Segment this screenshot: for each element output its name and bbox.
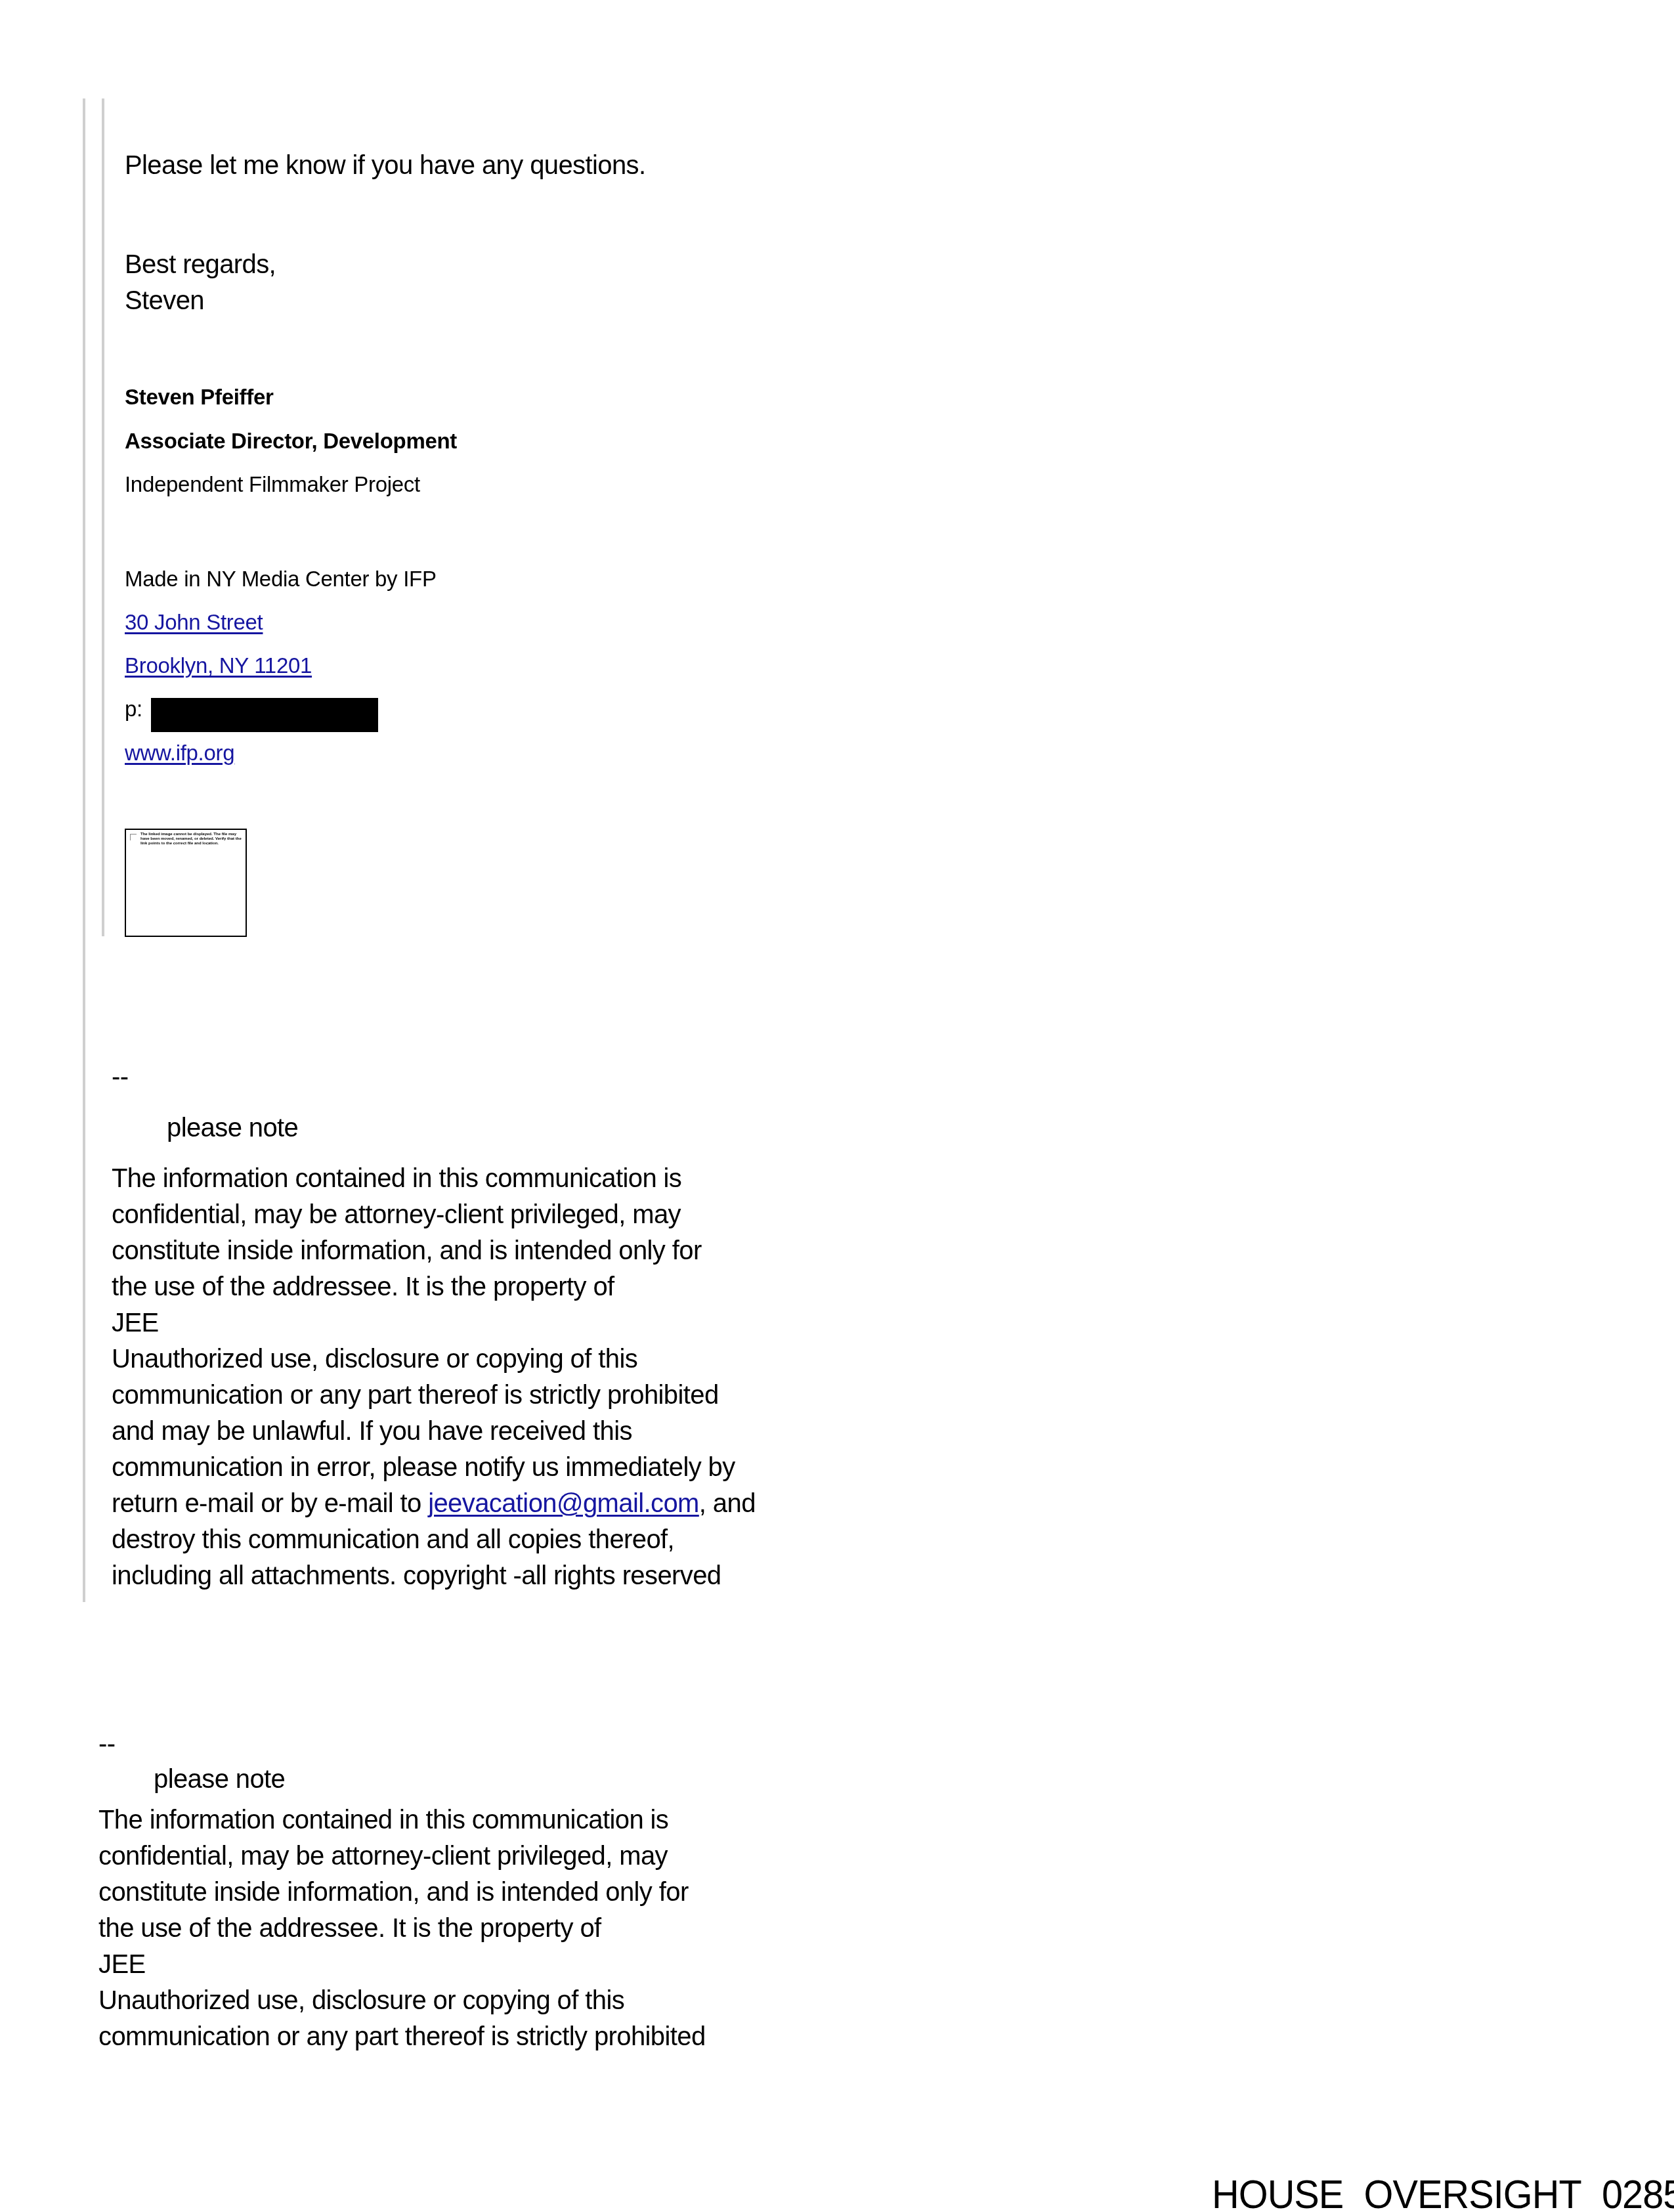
disclaimer-line: The information contained in this commun… <box>112 1161 756 1197</box>
website-link[interactable]: www.ifp.org <box>125 742 234 764</box>
disclaimer-line: JEE <box>98 1947 706 1983</box>
phone-label: p: <box>125 698 142 720</box>
disclaimer-line: confidential, may be attorney-client pri… <box>112 1197 756 1233</box>
quote-bar-outer <box>83 98 85 1602</box>
phone-redaction <box>151 698 378 732</box>
disclaimer-email-line: return e-mail or by e-mail to jeevacatio… <box>112 1486 756 1522</box>
broken-image-message: The linked image cannot be displayed. Th… <box>140 833 242 846</box>
email-line-prefix: return e-mail or by e-mail to <box>112 1489 428 1518</box>
broken-image-placeholder: The linked image cannot be displayed. Th… <box>125 829 247 937</box>
signature-location-name: Made in NY Media Center by IFP <box>125 568 437 590</box>
disclaimer-line: communication or any part thereof is str… <box>112 1377 756 1414</box>
address-line2-link[interactable]: Brooklyn, NY 11201 <box>125 655 312 676</box>
signature-name: Steven Pfeiffer <box>125 386 274 408</box>
disclaimer-line: and may be unlawful. If you have receive… <box>112 1414 756 1450</box>
disclaimer-line: the use of the addressee. It is the prop… <box>112 1269 756 1305</box>
sender-first-name: Steven <box>125 288 204 314</box>
bates-stamp: HOUSE_OVERSIGHT_028503 <box>1212 2175 1674 2212</box>
disclaimer-2-separator: -- <box>98 1731 115 1757</box>
disclaimer-1-body: The information contained in this commun… <box>112 1161 756 1594</box>
contact-email-link[interactable]: jeevacation@gmail.com <box>428 1489 699 1518</box>
disclaimer-2-body: The information contained in this commun… <box>98 1802 706 2055</box>
disclaimer-line: destroy this communication and all copie… <box>112 1522 756 1558</box>
quote-bar-inner <box>102 98 104 936</box>
disclaimer-line: The information contained in this commun… <box>98 1802 706 1838</box>
closing-line: Please let me know if you have any quest… <box>125 152 645 179</box>
sign-off: Best regards, <box>125 251 276 278</box>
email-line-suffix: , and <box>699 1489 756 1518</box>
disclaimer-line: the use of the addressee. It is the prop… <box>98 1911 706 1947</box>
disclaimer-line: Unauthorized use, disclosure or copying … <box>112 1341 756 1377</box>
disclaimer-line: JEE <box>112 1305 756 1341</box>
signature-title: Associate Director, Development <box>125 430 457 452</box>
signature-organization: Independent Filmmaker Project <box>125 473 420 495</box>
disclaimer-1-heading: please note <box>167 1115 298 1141</box>
disclaimer-line: Unauthorized use, disclosure or copying … <box>98 1983 706 2019</box>
disclaimer-line: constitute inside information, and is in… <box>112 1233 756 1269</box>
disclaimer-line: including all attachments. copyright -al… <box>112 1558 756 1594</box>
disclaimer-2-heading: please note <box>154 1766 285 1792</box>
disclaimer-line: confidential, may be attorney-client pri… <box>98 1838 706 1875</box>
disclaimer-1-separator: -- <box>112 1064 128 1090</box>
disclaimer-line: constitute inside information, and is in… <box>98 1875 706 1911</box>
address-line1-link[interactable]: 30 John Street <box>125 611 263 633</box>
disclaimer-line: communication or any part thereof is str… <box>98 2019 706 2055</box>
broken-image-icon <box>130 834 137 840</box>
disclaimer-line: communication in error, please notify us… <box>112 1450 756 1486</box>
